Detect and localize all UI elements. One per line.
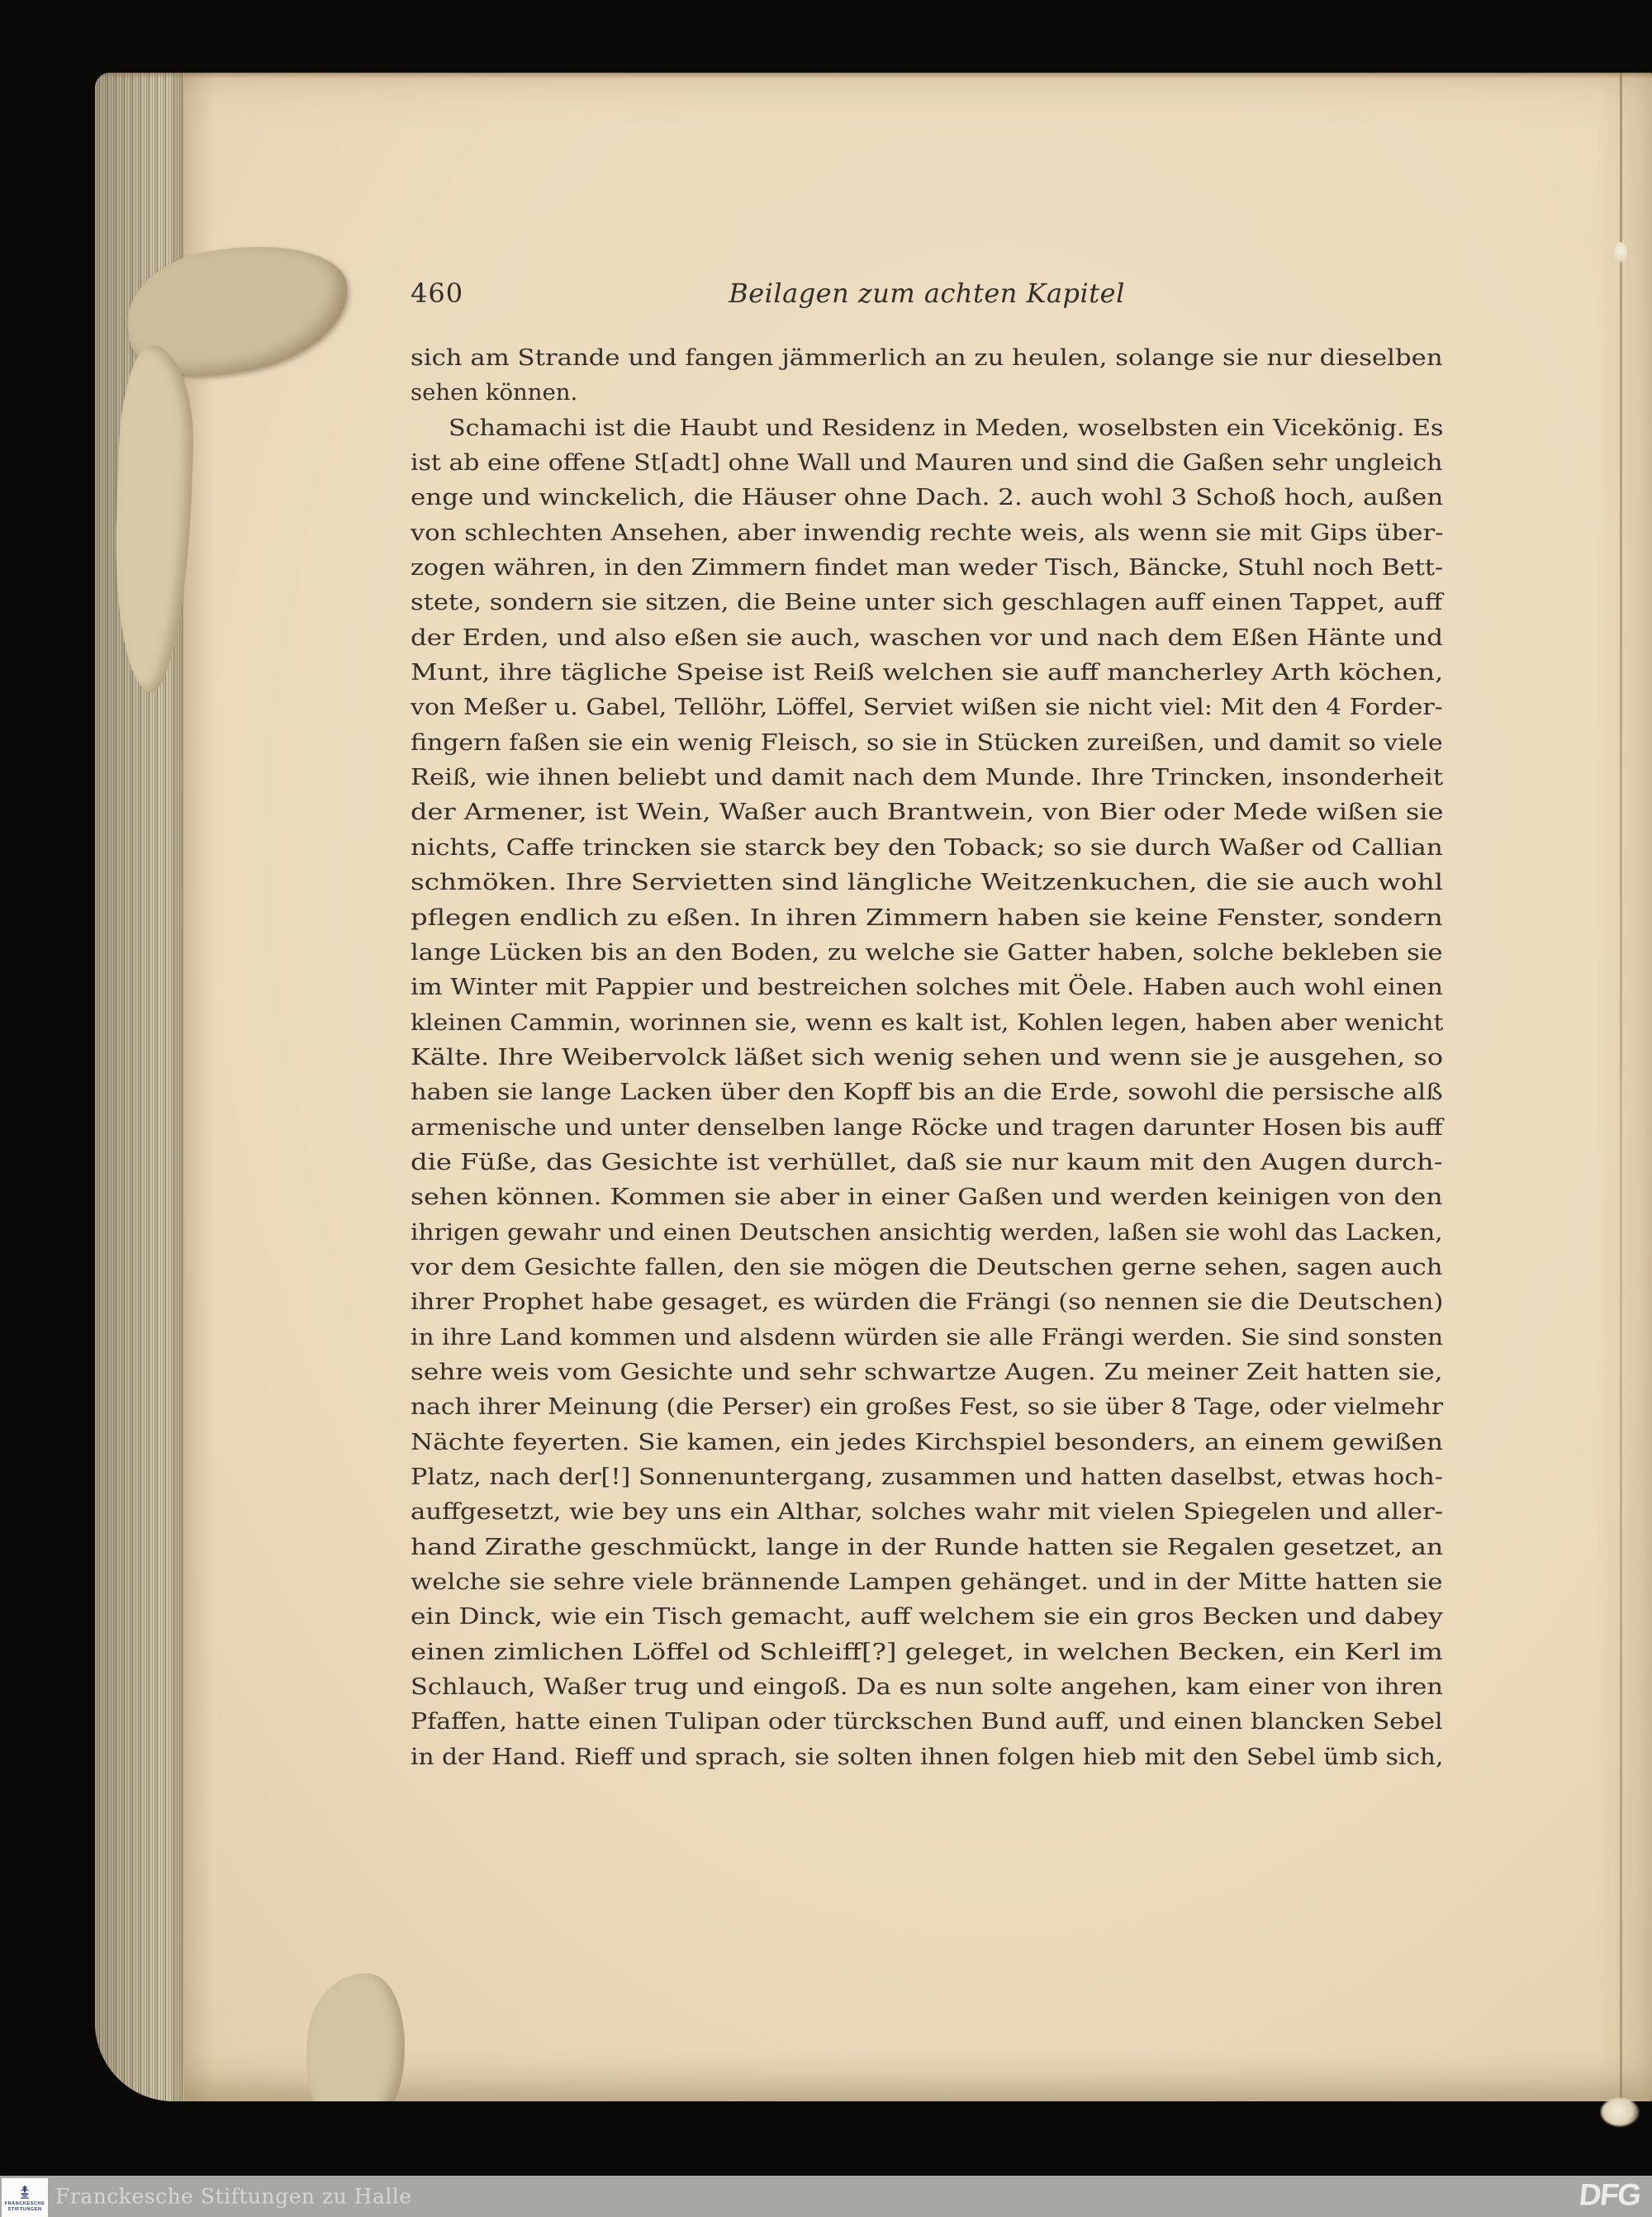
text-line: fingern faßen sie ein wenig Fleisch, so … [411, 725, 1443, 760]
text-line: Munt, ihre tägliche Speise ist Reiß welc… [411, 655, 1443, 690]
binding-thread [1614, 242, 1627, 263]
text-line: pflegen endlich zu eßen. In ihren Zimmer… [411, 900, 1443, 935]
book-gutter-crease [1620, 73, 1622, 2101]
text-line: Kälte. Ihre Weibervolck läßet sich wenig… [411, 1040, 1443, 1075]
torn-paper-bottom-left [296, 1967, 414, 2101]
text-line: ist ab eine offene St[adt] ohne Wall und… [411, 445, 1443, 480]
text-line: lange Lücken bis an den Boden, zu welche… [411, 935, 1443, 970]
text-line: Schamachi ist die Haubt und Residenz in … [411, 411, 1443, 445]
running-header: 460 Beilagen zum achten Kapitel [411, 278, 1443, 314]
body-text: sich am Strande und fangen jämmerlich an… [411, 340, 1443, 1774]
text-line: von Meßer u. Gabel, Tellöhr, Löffel, Ser… [411, 690, 1443, 724]
text-line: kleinen Cammin, worinnen sie, wenn es ka… [411, 1005, 1443, 1040]
logo-text-line1: FRANCKESCHE [5, 2201, 45, 2206]
text-line: ihrer Prophet habe gesaget, es würden di… [411, 1284, 1443, 1319]
text-line: Schlauch, Waßer trug und eingoß. Da es n… [411, 1669, 1443, 1704]
text-line: armenische und unter denselben lange Röc… [411, 1110, 1443, 1145]
text-line: einen zimlichen Löffel od Schleiff[?] ge… [411, 1635, 1443, 1669]
text-line: sich am Strande und fangen jämmerlich an… [411, 340, 1443, 375]
page-top-edge-shadow [95, 73, 1652, 78]
page-number: 460 [411, 278, 463, 309]
text-line: welche sie sehre viele brännende Lampen … [411, 1564, 1443, 1599]
text-line: zogen währen, in den Zimmern findet man … [411, 550, 1443, 585]
text-line: in ihre Land kommen und alsdenn würden s… [411, 1320, 1443, 1355]
binding-thread-tassel [1601, 2098, 1639, 2126]
text-line: der Erden, und also eßen sie auch, wasch… [411, 620, 1443, 655]
text-line: in der Hand. Rieff und sprach, sie solte… [411, 1740, 1443, 1774]
footer-bar: FRANCKESCHE STIFTUNGEN Franckesche Stift… [0, 2176, 1652, 2217]
text-line: haben sie lange Lacken über den Kopff bi… [411, 1075, 1443, 1109]
eagle-emblem-icon [17, 2184, 33, 2200]
text-line: Pfaffen, hatte einen Tulipan oder türcks… [411, 1704, 1443, 1739]
text-line: sehen können. [411, 375, 1443, 410]
text-line: im Winter mit Pappier und bestreichen so… [411, 970, 1443, 1004]
text-line: vor dem Gesichte fallen, den sie mögen d… [411, 1250, 1443, 1284]
text-line: stete, sondern sie sitzen, die Beine unt… [411, 585, 1443, 620]
scanned-book-viewer: 460 Beilagen zum achten Kapitel sich am … [0, 0, 1652, 2217]
text-line: Platz, nach der[!] Sonnenuntergang, zusa… [411, 1460, 1443, 1494]
logo-text-line2: STIFTUNGEN [7, 2207, 41, 2212]
text-line: sehen können. Kommen sie aber in einer G… [411, 1180, 1443, 1214]
text-line: ihrigen gewahr und einen Deutschen ansic… [411, 1215, 1443, 1250]
text-line: Reiß, wie ihnen beliebt und damit nach d… [411, 760, 1443, 795]
text-line: Nächte feyerten. Sie kamen, ein jedes Ki… [411, 1425, 1443, 1460]
text-line: von schlechten Ansehen, aber inwendig re… [411, 515, 1443, 550]
text-line: schmöken. Ihre Servietten sind längliche… [411, 865, 1443, 900]
chapter-running-title: Beilagen zum achten Kapitel [729, 278, 1125, 309]
text-line: sehre weis vom Gesichte und sehr schwart… [411, 1355, 1443, 1389]
institution-label: Franckesche Stiftungen zu Halle [55, 2185, 412, 2209]
text-line: nach ihrer Meinung (die Perser) ein groß… [411, 1389, 1443, 1424]
text-line: enge und winckelich, die Häuser ohne Dac… [411, 480, 1443, 515]
text-line: die Füße, das Gesichte ist verhüllet, da… [411, 1145, 1443, 1180]
text-line: nichts, Caffe trincken sie starck bey de… [411, 830, 1443, 865]
text-line: der Armener, ist Wein, Waßer auch Brantw… [411, 795, 1443, 829]
printed-page-content: 460 Beilagen zum achten Kapitel sich am … [411, 278, 1443, 1774]
franckesche-stiftungen-logo: FRANCKESCHE STIFTUNGEN [2, 2178, 48, 2217]
dfg-logo: DFG [1578, 2177, 1642, 2212]
text-line: ein Dinck, wie ein Tisch gemacht, auff w… [411, 1599, 1443, 1634]
text-line: hand Zirathe geschmückt, lange in der Ru… [411, 1530, 1443, 1564]
text-line: auffgesetzt, wie bey uns ein Althar, sol… [411, 1494, 1443, 1529]
